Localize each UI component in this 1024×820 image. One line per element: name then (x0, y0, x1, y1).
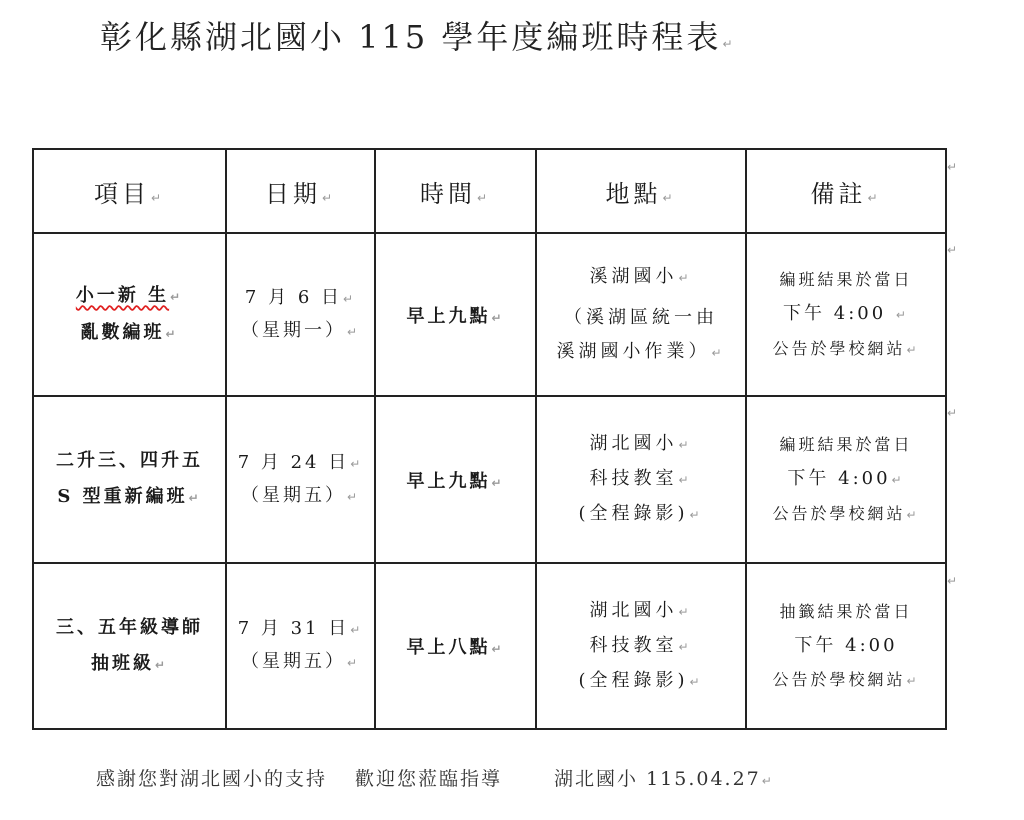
title-text: 彰化縣湖北國小 115 學年度編班時程表 (100, 18, 721, 56)
cell-note: 抽籤結果於當日 下午 4:00 公告於學校網站↵ (746, 563, 946, 729)
header-date: 日期↵ (226, 149, 375, 233)
row-end-mark-icon: ↵ (947, 160, 957, 174)
item-line: 小一新 生 (76, 285, 169, 306)
row-end-mark-icon: ↵ (947, 406, 957, 420)
cell-time: 早上八點↵ (375, 563, 536, 729)
cell-item: 三、五年級導師 抽班級↵ (33, 563, 226, 729)
cell-date: 7 月 6 日↵ （星期一）↵ (226, 233, 375, 396)
paragraph-mark-icon: ↵ (662, 191, 676, 205)
table-row: 三、五年級導師 抽班級↵ 7 月 31 日↵ （星期五）↵ 早上八點↵ 湖北國小… (33, 563, 946, 729)
cell-location: 溪湖國小↵ （溪湖區統一由 溪湖國小作業）↵ (536, 233, 746, 396)
cell-item: 小一新 生↵ 亂數編班↵ (33, 233, 226, 396)
item-line: 亂數編班 (80, 322, 164, 343)
table-row: 二升三、四升五 S 型重新編班↵ 7 月 24 日↵ （星期五）↵ 早上九點↵ … (33, 396, 946, 563)
schedule-table: 項目↵ 日期↵ 時間↵ 地點↵ 備註↵ 小一新 生↵ 亂數編班↵ 7 月 6 日… (32, 148, 947, 730)
footer-signature: 湖北國小 115.04.27 (554, 768, 761, 790)
header-time: 時間↵ (375, 149, 536, 233)
paragraph-mark-icon: ↵ (867, 191, 881, 205)
cell-note: 編班結果於當日 下午 4:00↵ 公告於學校網站↵ (746, 396, 946, 563)
row-end-mark-icon: ↵ (947, 574, 957, 588)
footer-welcome: 歡迎您蒞臨指導 (355, 768, 502, 790)
row-end-mark-icon: ↵ (947, 243, 957, 257)
cell-location: 湖北國小↵ 科技教室↵ (全程錄影)↵ (536, 563, 746, 729)
cell-time: 早上九點↵ (375, 233, 536, 396)
header-item: 項目↵ (33, 149, 226, 233)
table-row: 小一新 生↵ 亂數編班↵ 7 月 6 日↵ （星期一）↵ 早上九點↵ 溪湖國小↵… (33, 233, 946, 396)
cell-note: 編班結果於當日 下午 4:00 ↵ 公告於學校網站↵ (746, 233, 946, 396)
paragraph-mark-icon: ↵ (477, 191, 491, 205)
table-header-row: 項目↵ 日期↵ 時間↵ 地點↵ 備註↵ (33, 149, 946, 233)
document-title: 彰化縣湖北國小 115 學年度編班時程表↵ (100, 12, 900, 58)
header-note: 備註↵ (746, 149, 946, 233)
header-location: 地點↵ (536, 149, 746, 233)
paragraph-mark-icon: ↵ (151, 191, 165, 205)
footer-thanks: 感謝您對湖北國小的支持 (96, 768, 327, 790)
cell-date: 7 月 31 日↵ （星期五）↵ (226, 563, 375, 729)
cell-item: 二升三、四升五 S 型重新編班↵ (33, 396, 226, 563)
paragraph-mark-icon: ↵ (722, 37, 735, 51)
paragraph-mark-icon: ↵ (322, 191, 336, 205)
cell-location: 湖北國小↵ 科技教室↵ (全程錄影)↵ (536, 396, 746, 563)
paragraph-mark-icon: ↵ (762, 774, 774, 788)
cell-date: 7 月 24 日↵ （星期五）↵ (226, 396, 375, 563)
footer-line: 感謝您對湖北國小的支持歡迎您蒞臨指導湖北國小 115.04.27↵ (96, 764, 774, 791)
cell-time: 早上九點↵ (375, 396, 536, 563)
